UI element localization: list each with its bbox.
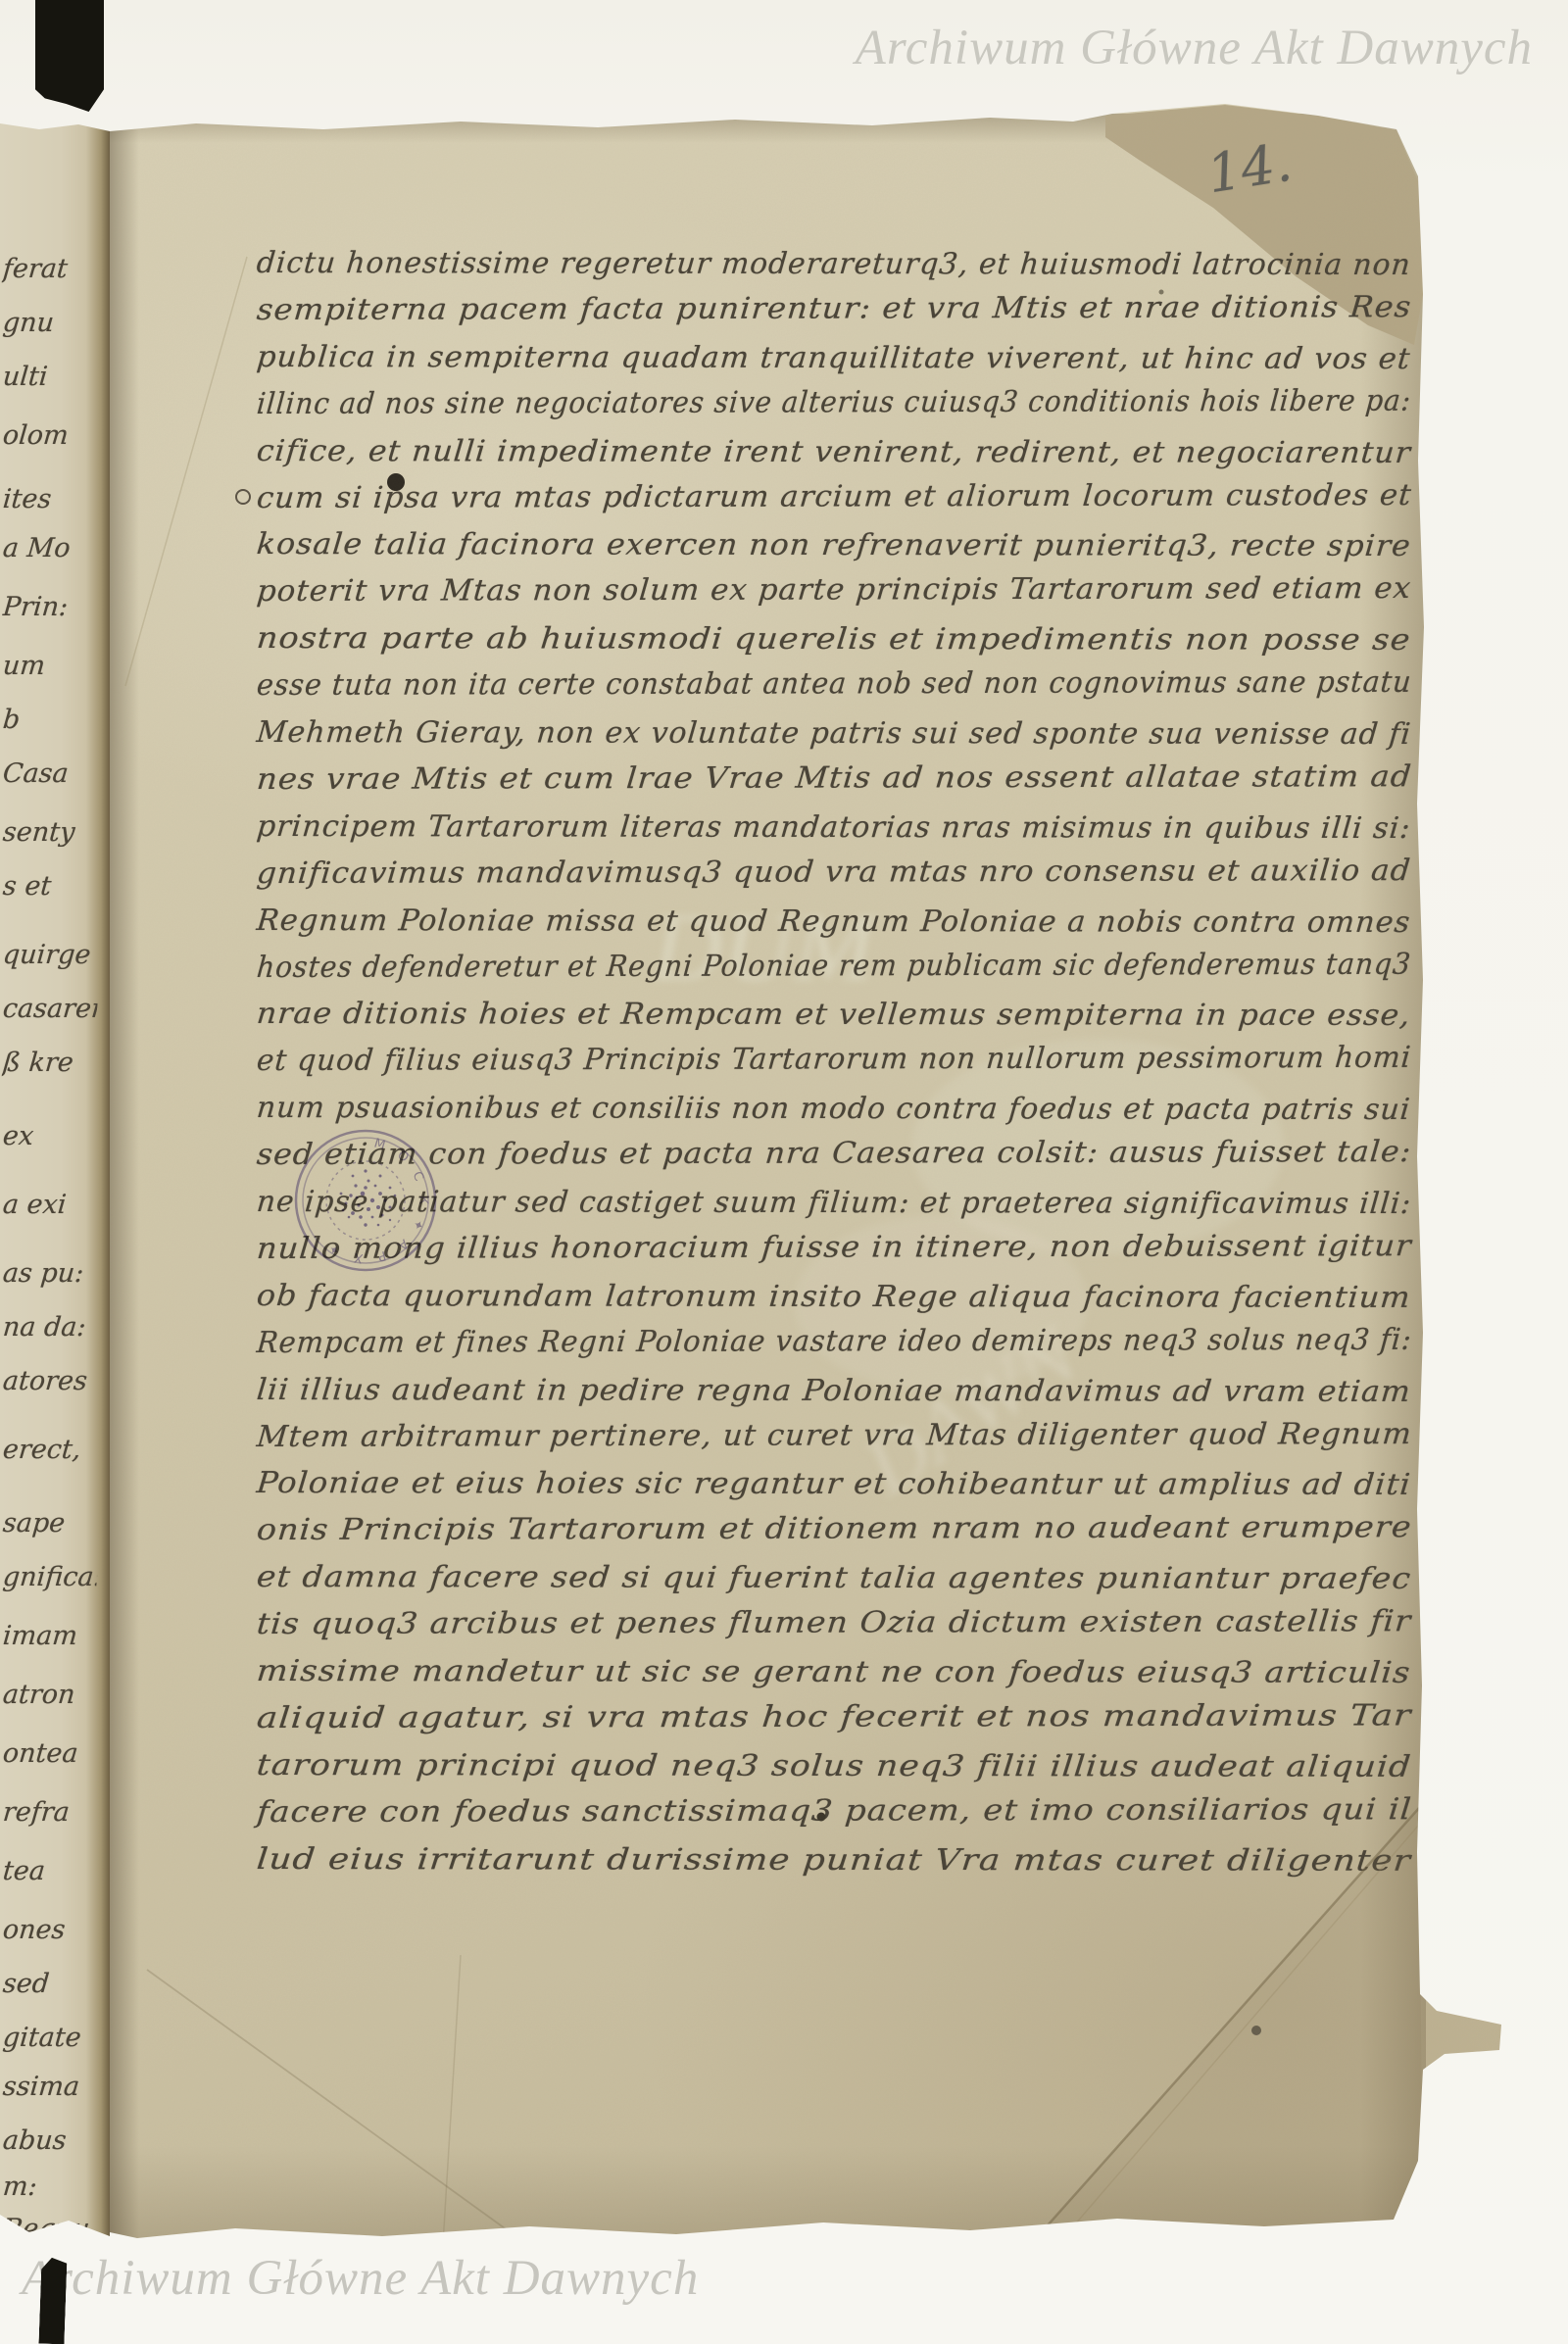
margin-fragment: olom: [2, 420, 99, 451]
manuscript-line: cum si ipsa vra mtas pdictarum arcium et…: [256, 477, 1414, 514]
manuscript-line: et quod filius eiusq3 Principis Tartaror…: [256, 1041, 1413, 1078]
margin-fragment: atron: [2, 1680, 99, 1710]
margin-fragment: a Mo: [2, 533, 99, 563]
stamp-eagle-speckle: [340, 1169, 397, 1226]
binding-tape-top: [35, 0, 104, 112]
binding-tape-bottom: [38, 2258, 67, 2344]
manuscript-line: cifice, et nulli impedimente irent venir…: [255, 434, 1412, 470]
manuscript-line: et damna facere sed si qui fuerint talia…: [255, 1560, 1412, 1596]
margin-fragment: m:: [2, 2172, 99, 2202]
manuscript-line: ob facta quorundam latronum insito Rege …: [255, 1279, 1412, 1315]
manuscript-line: missime mandetur ut sic se gerant ne con…: [255, 1654, 1412, 1690]
margin-fragment: Regnu: [2, 2214, 99, 2244]
manuscript-line: sempiterna pacem facta punirentur: et vr…: [256, 290, 1413, 327]
manuscript-line: dictu honestissime regeretur moderaretur…: [255, 246, 1412, 282]
margin-fragment: ssima: [2, 2072, 99, 2102]
manuscript-line: publica in sempiterna quadam tranquillit…: [255, 340, 1411, 376]
manuscript-page: DUM DAWN 14. dictu honestissime regeretu…: [0, 0, 1568, 2344]
margin-fragment: sed: [2, 1969, 99, 1999]
svg-text:М О С К ✦ А Р Х ✦: М О С К ✦ А Р Х ✦: [322, 1136, 430, 1265]
margin-fragment: na da:: [2, 1312, 99, 1343]
manuscript-line: nostra parte ab huiusmodi querelis et im…: [255, 621, 1412, 658]
margin-fragment: um: [2, 651, 99, 681]
manuscript-line: lii illius audeant in pedire regna Polon…: [255, 1373, 1412, 1409]
margin-fragment: ß kre: [2, 1048, 99, 1078]
manuscript-line: facere con foedus sanctissimaq3 pacem, e…: [256, 1792, 1414, 1830]
margin-fragment: senty: [2, 817, 99, 848]
margin-fragment: quirge: [2, 940, 99, 970]
manuscript-line: poterit vra Mtas non solum ex parte prin…: [256, 571, 1413, 609]
margin-fragment: gnu: [2, 308, 99, 338]
margin-fragment: ones: [2, 1915, 99, 1945]
margin-fragment: gnifica:: [2, 1562, 99, 1592]
manuscript-line: num psuasionibus et consiliis non modo c…: [255, 1091, 1411, 1127]
margin-fragment: atores: [2, 1366, 99, 1396]
margin-fragment: ontea: [2, 1738, 99, 1769]
margin-fragment: ex: [2, 1121, 99, 1151]
manuscript-line: Poloniae et eius hoies sic regantur et c…: [255, 1466, 1412, 1502]
margin-fragment: as pu:: [2, 1258, 99, 1289]
manuscript-line: illinc ad nos sine negociatores sive alt…: [256, 383, 1413, 420]
margin-fragment: s et: [2, 871, 99, 902]
archive-watermark-top: Archiwum Główne Akt Dawnych: [856, 20, 1533, 76]
manuscript-line: Regnum Poloniae missa et quod Regnum Pol…: [255, 903, 1411, 940]
margin-fragment: Casa: [2, 758, 99, 789]
margin-fragment: ferat: [2, 254, 99, 284]
margin-fragment: a exi: [2, 1190, 99, 1220]
facing-page-edge: feratgnuultiolomitesa MoPrin:umbCasasent…: [0, 0, 110, 2344]
margin-fragment: abus: [2, 2125, 99, 2156]
manuscript-line: Mehmeth Gieray, non ex voluntate patris …: [255, 715, 1412, 752]
manuscript-line: onis Principis Tartarorum et ditionem nr…: [256, 1511, 1414, 1548]
manuscript-line: nrae ditionis hoies et Rempcam et vellem…: [255, 997, 1412, 1033]
manuscript-line: hostes defenderetur et Regni Poloniae re…: [256, 947, 1413, 984]
manuscript-line: esse tuta non ita certe constabat antea …: [256, 665, 1414, 703]
manuscript-line: tarorum principi quod neq3 solus neq3 fi…: [255, 1748, 1412, 1784]
margin-fragment: erect,: [2, 1435, 99, 1465]
manuscript-text-block: dictu honestissime regeretur moderaretur…: [0, 0, 1568, 2344]
archive-watermark-bottom: Archiwum Główne Akt Dawnych: [22, 2250, 699, 2307]
margin-fragment: Prin:: [2, 592, 99, 622]
manuscript-line: lud eius irritarunt durissime puniat Vra…: [255, 1842, 1412, 1879]
manuscript-line: nes vrae Mtis et cum lrae Vrae Mtis ad n…: [256, 759, 1414, 797]
margin-fragment: tea: [2, 1856, 99, 1886]
margin-fragment: b: [2, 705, 99, 735]
archive-scan-screen: { "watermark": { "text": "Archiwum Główn…: [0, 0, 1568, 2344]
margin-fragment: ulti: [2, 362, 99, 392]
margin-fragment: casarer: [2, 994, 99, 1024]
margin-fragment: imam: [2, 1621, 99, 1651]
manuscript-line: Mtem arbitramur pertinere, ut curet vra …: [256, 1416, 1414, 1453]
margin-fragment: ites: [2, 484, 99, 514]
margin-fragment: gitate: [2, 2023, 99, 2053]
manuscript-line: Rempcam et fines Regni Poloniae vastare …: [256, 1322, 1414, 1359]
manuscript-line: gnificavimus mandavimusq3 quod vra mtas …: [256, 854, 1413, 891]
margin-fragment: sape: [2, 1508, 99, 1538]
manuscript-line: kosale talia facinora exercen non refren…: [255, 527, 1412, 563]
round-ink-stamp: М О С К ✦ А Р Х ✦: [292, 1127, 439, 1274]
manuscript-line: tis quoq3 arcibus et penes flumen Ozia d…: [256, 1604, 1413, 1641]
manuscript-line: principem Tartarorum literas mandatorias…: [255, 809, 1412, 846]
manuscript-line: aliquid agatur, si vra mtas hoc fecerit …: [256, 1698, 1413, 1735]
margin-fragment: refra: [2, 1797, 99, 1828]
